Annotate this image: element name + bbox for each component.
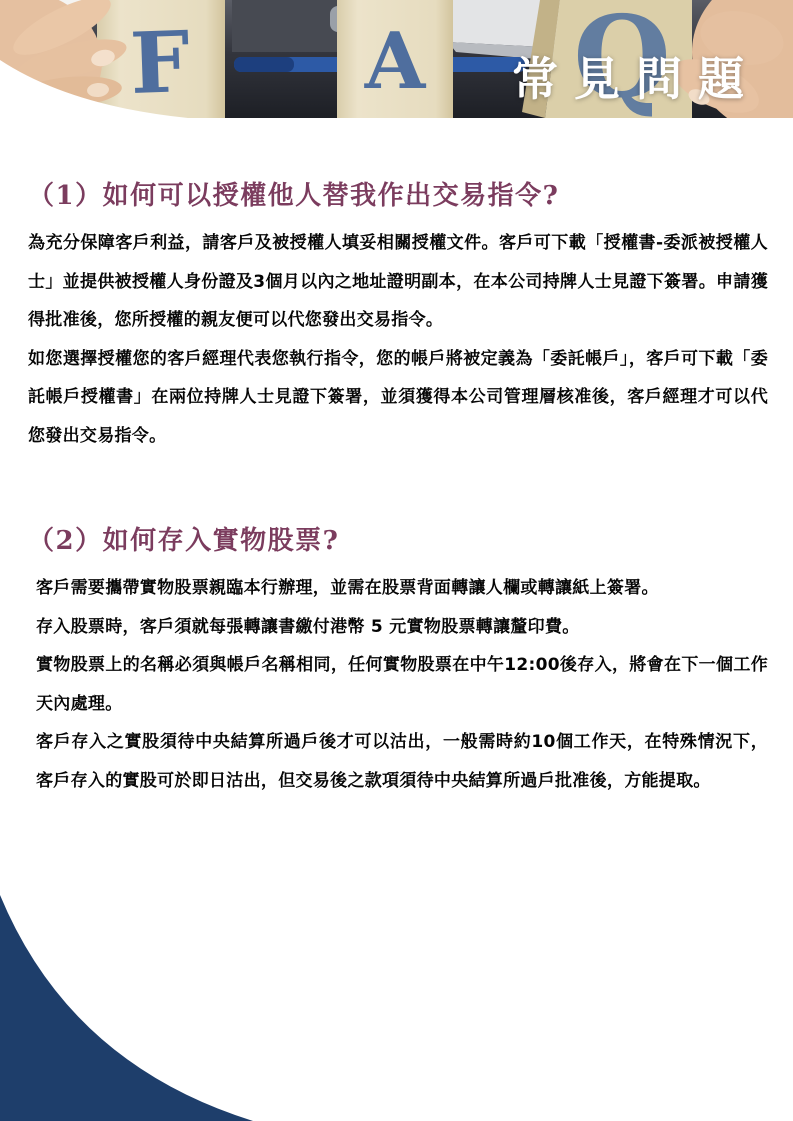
faq-section-2: （2）如何存入實物股票? 客戶需要攜帶實物股票親臨本行辦理，並需在股票背面轉讓人… (28, 526, 768, 800)
faq-block-a: A (337, 0, 453, 118)
answer-2-paragraph-4: 客戶存入之實股須待中央結算所過戶後才可以沽出，一般需時約10個工作天，在特殊情況… (36, 723, 768, 800)
pen-cap (234, 57, 294, 72)
faq-content: （1）如何可以授權他人替我作出交易指令? 為充分保障客戶利益，請客戶及被授權人填… (0, 181, 793, 800)
answer-1-paragraph-1: 為充分保障客戶利益，請客戶及被授權人填妥相關授權文件。客戶可下載「授權書-委派被… (28, 224, 768, 340)
faq-block-letter-f: F (128, 12, 191, 113)
bottom-left-curve (0, 889, 265, 1121)
answer-2-paragraph-3: 實物股票上的名稱必須與帳戶名稱相同，任何實物股票在中午12:00後存入，將會在下… (36, 646, 768, 723)
header-banner: F A Q 常見問題 (0, 0, 793, 118)
answer-1-paragraph-2: 如您選擇授權您的客戶經理代表您執行指令，您的帳戶將被定義為「委託帳戶」，客戶可下… (28, 340, 768, 456)
question-1-heading: （1）如何可以授權他人替我作出交易指令? (28, 181, 768, 212)
answer-2-paragraph-2: 存入股票時，客戶須就每張轉讓書繳付港幣 5 元實物股票轉讓釐印費。 (36, 608, 768, 647)
faq-block-letter-a: A (364, 16, 427, 107)
page-title: 常見問題 (512, 54, 760, 105)
faq-section-1: （1）如何可以授權他人替我作出交易指令? 為充分保障客戶利益，請客戶及被授權人填… (28, 181, 768, 455)
question-2-heading: （2）如何存入實物股票? (28, 526, 768, 557)
answer-2-paragraph-1: 客戶需要攜帶實物股票親臨本行辦理，並需在股票背面轉讓人欄或轉讓紙上簽署。 (36, 569, 768, 608)
